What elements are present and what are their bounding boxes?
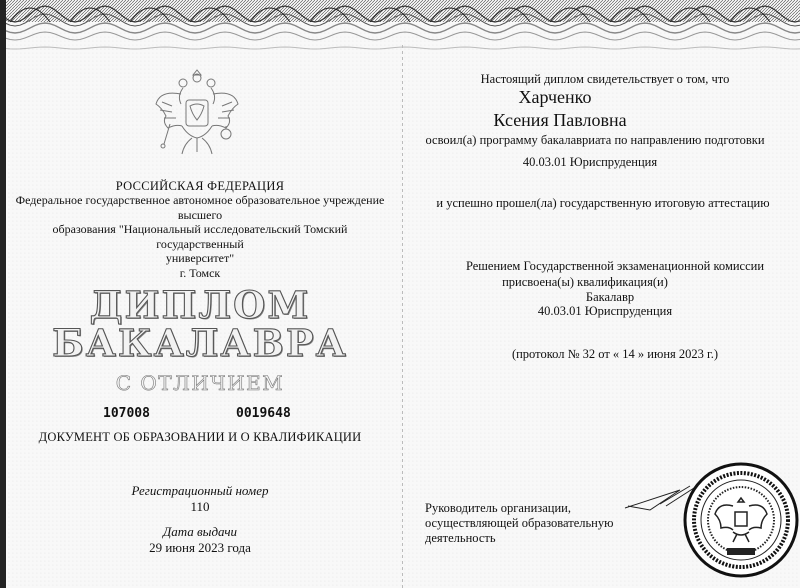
organization-line: университет" xyxy=(10,251,390,266)
diploma-number: 0019648 xyxy=(236,406,291,421)
head-of-organization: Руководитель организации, осуществляющей… xyxy=(425,501,613,546)
protocol-info: (протокол № 32 от « 14 » июня 2023 г.) xyxy=(490,347,740,362)
decision-text: Решением Государственной экзаменационной… xyxy=(430,259,800,274)
head-line: Руководитель организации, xyxy=(425,501,613,516)
qualification-assigned-text: присвоена(ы) квалификация(и) xyxy=(470,275,700,290)
diploma-series: 107008 xyxy=(103,406,150,421)
graduate-given-names: Ксения Павловна xyxy=(420,110,700,131)
head-line: деятельность xyxy=(425,531,613,546)
issue-date-label: Дата выдачи xyxy=(0,524,400,540)
document-type: ДОКУМЕНТ ОБ ОБРАЗОВАНИИ И О КВАЛИФИКАЦИИ xyxy=(0,430,400,445)
organization-name: Федеральное государственное автономное о… xyxy=(10,193,390,280)
registration-label: Регистрационный номер xyxy=(0,483,400,499)
certifies-text: Настоящий диплом свидетельствует о том, … xyxy=(440,72,770,87)
guilloche-border xyxy=(0,0,800,58)
diploma-subtitle: БАКАЛАВРА xyxy=(0,321,400,365)
registration-number: 110 xyxy=(0,499,400,515)
graduate-surname: Харченко xyxy=(410,87,700,108)
passed-text: и успешно прошел(ла) государственную ито… xyxy=(418,196,788,211)
page-fold xyxy=(402,45,403,588)
qualification: Бакалавр xyxy=(505,290,715,305)
coat-of-arms-icon xyxy=(152,64,242,160)
program-name: 40.03.01 Юриспруденция xyxy=(440,155,740,170)
head-line: осуществляющей образовательную xyxy=(425,516,613,531)
organization-line: образования "Национальный исследовательс… xyxy=(10,222,390,251)
official-seal-icon xyxy=(683,462,799,578)
qualification-program: 40.03.01 Юриспруденция xyxy=(490,304,720,319)
honors-label: С ОТЛИЧИЕМ xyxy=(0,371,400,395)
issue-date: 29 июня 2023 года xyxy=(0,540,400,556)
country-name: РОССИЙСКАЯ ФЕДЕРАЦИЯ xyxy=(0,179,400,194)
mastered-text: освоил(а) программу бакалавриата по напр… xyxy=(425,133,765,148)
diploma-spread: РОССИЙСКАЯ ФЕДЕРАЦИЯ Федеральное государ… xyxy=(0,0,800,588)
city: г. Томск xyxy=(10,266,390,281)
organization-line: Федеральное государственное автономное о… xyxy=(10,193,390,222)
